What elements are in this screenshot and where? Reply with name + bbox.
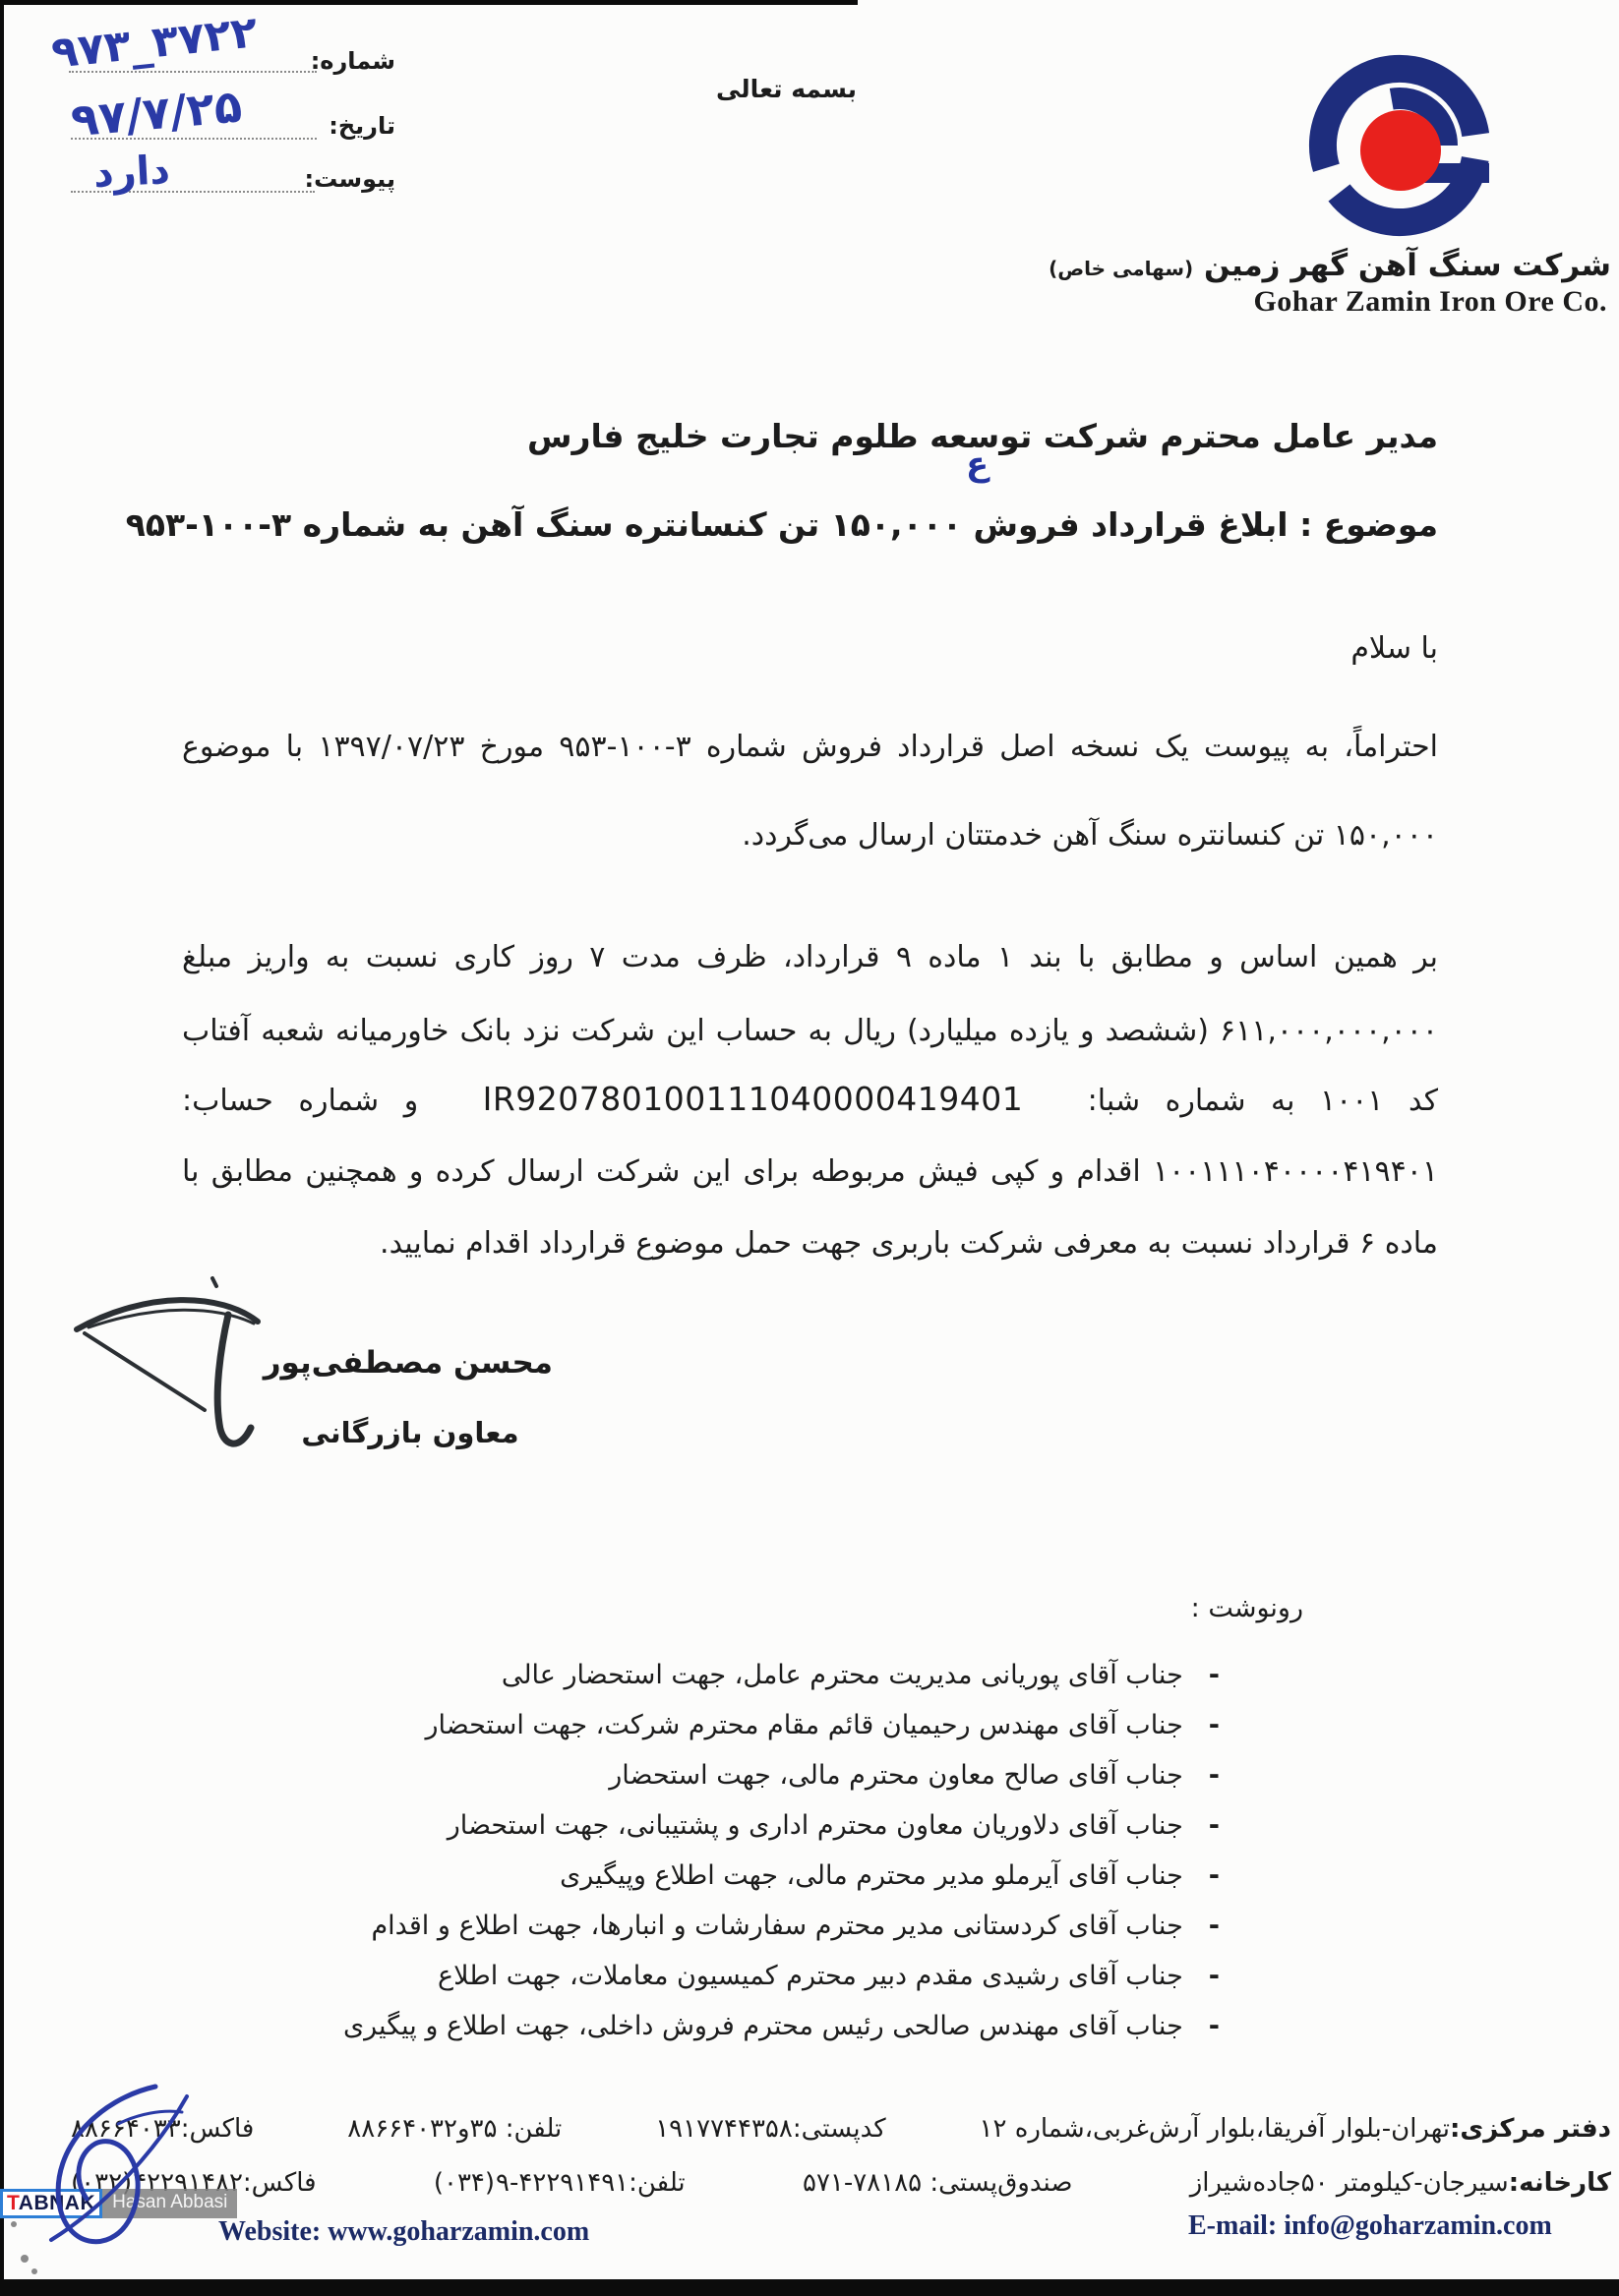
company-logo <box>1298 45 1505 254</box>
cc-item-text: جناب آقای صالح معاون محترم مالی، جهت است… <box>609 1760 1183 1791</box>
company-name-fa: شرکت سنگ آهن گهر زمین (سهامی خاص) <box>1049 248 1611 283</box>
hq-fax: فاکس:۸۸۶۶۴۰۳۳ <box>71 2114 254 2144</box>
besmele-text: بسمه تعالی <box>716 75 857 103</box>
cc-item-text: جناب آقای رشیدی مقدم دبیر محترم کمیسیون … <box>438 1961 1183 1991</box>
cc-item: -جناب آقای رشیدی مقدم دبیر محترم کمیسیون… <box>343 1961 1220 2011</box>
cc-item-text: جناب آقای مهندس صالحی رئیس محترم فروش دا… <box>343 2011 1183 2041</box>
sheba-intro-text: کد ۱۰۰۱ به شماره شبا: <box>1088 1084 1438 1118</box>
date-label: تاریخ: <box>329 112 395 140</box>
cc-item: -جناب آقای صالح معاون محترم مالی، جهت اس… <box>343 1760 1220 1810</box>
factory-phone-area: (۰۳۴) <box>434 2168 495 2198</box>
cc-item-text: جناب آقای مهندس رحیمیان قائم مقام محترم … <box>425 1710 1182 1740</box>
cc-dash: - <box>1209 1810 1220 1841</box>
hq-address: دفتر مرکزی:تهران-بلوار آفریقا،بلوار آرش‌… <box>980 2114 1611 2144</box>
scan-edge-bottom <box>0 2279 1619 2296</box>
salutation: با سلام <box>1350 627 1438 671</box>
factory-label: کارخانه: <box>1509 2168 1611 2198</box>
factory-phone: (۰۳۴)تلفن:۴۲۲۹۱۴۹۱-۹ <box>434 2168 686 2198</box>
number-handwritten-value: ۹۷۳_۳۷۲۲ <box>49 7 260 79</box>
cc-item: -جناب آقای دلاوریان معاون محترم اداری و … <box>343 1810 1220 1860</box>
paragraph1-line2: ۱۵۰,۰۰۰ تن کنسانتره سنگ آهن خدمتتان ارسا… <box>182 814 1438 857</box>
signer-name: محسن مصطفی‌پور <box>268 1345 553 1381</box>
cc-item: -جناب آقای کردستانی مدیر محترم سفارشات و… <box>343 1911 1220 1961</box>
watermark-credit: Hasan Abbasi <box>102 2189 237 2218</box>
paragraph2-line4: ۱۰۰۱۱۱۰۴۰۰۰۰۴۱۹۴۰۱ اقدام و کپی فیش مربوط… <box>182 1150 1438 1194</box>
tabnak-logo: TABNAK <box>0 2189 102 2218</box>
website-line: Website: www.goharzamin.com <box>218 2216 589 2248</box>
letter-sheet: شماره: ۹۷۳_۳۷۲۲ تاریخ: ۹۷/۷/۲۵ پیوست: دا… <box>0 0 1619 2296</box>
cc-item-text: جناب آقای دلاوریان معاون محترم اداری و پ… <box>448 1810 1183 1841</box>
factory-phone-number: تلفن:۴۲۲۹۱۴۹۱-۹ <box>496 2168 686 2198</box>
account-intro-text: و شماره حساب: <box>182 1084 418 1118</box>
signature-block: محسن مصطفی‌پور معاون بازرگانی <box>268 1345 553 1449</box>
tabnak-logo-t: T <box>7 2192 19 2214</box>
hq-phone: تلفن: ۳۵و۸۸۶۶۴۰۳۲ <box>347 2114 562 2144</box>
hq-address-text: تهران-بلوار آفریقا،بلوار آرش‌غربی،شماره … <box>980 2114 1450 2144</box>
factory-address: کارخانه:سیرجان-کیلومتر ۵۰جاده‌شیراز <box>1190 2168 1611 2198</box>
footer-line-hq: فاکس:۸۸۶۶۴۰۳۳ تلفن: ۳۵و۸۸۶۶۴۰۳۲ کدپستی:۱… <box>71 2114 1611 2144</box>
cc-dash: - <box>1209 1760 1220 1791</box>
paragraph2-line3: کد ۱۰۰۱ به شماره شبا: IR9207801001110400… <box>182 1080 1438 1118</box>
cc-item-text: جناب آقای آیرملو مدیر محترم مالی، جهت اط… <box>560 1860 1183 1891</box>
paragraph2-line2: ۶۱۱,۰۰۰,۰۰۰,۰۰۰ (ششصد و یازده میلیارد) ر… <box>182 1010 1438 1053</box>
paragraph1-line1: احتراماً، به پیوست یک نسخه اصل قرارداد ف… <box>182 726 1438 769</box>
cc-label: رونوشت : <box>1191 1593 1303 1623</box>
number-label: شماره: <box>311 47 395 75</box>
company-name-en: Gohar Zamin Iron Ore Co. <box>1253 285 1607 319</box>
cc-dash: - <box>1209 1911 1220 1941</box>
factory-address-text: سیرجان-کیلومتر ۵۰جاده‌شیراز <box>1190 2168 1509 2198</box>
cc-item: -جناب آقای پوریانی مدیریت محترم عامل، جه… <box>343 1660 1220 1710</box>
cc-dash: - <box>1209 1860 1220 1891</box>
tabnak-watermark: TABNAK Hasan Abbasi <box>0 2189 237 2218</box>
attachment-handwritten-value: دارد <box>92 147 171 197</box>
cc-dash: - <box>1209 2011 1220 2041</box>
paragraph2-line1: بر همین اساس و مطابق با بند ۱ ماده ۹ قرا… <box>182 936 1438 979</box>
cc-item: -جناب آقای آیرملو مدیر محترم مالی، جهت ا… <box>343 1860 1220 1911</box>
cc-dash: - <box>1209 1961 1220 1991</box>
sheba-number: IR920780100111040000419401 <box>483 1080 1024 1118</box>
company-type-fa: (سهامی خاص) <box>1049 257 1193 280</box>
bottom-left-scribble <box>51 2087 187 2242</box>
email-line: E-mail: info@goharzamin.com <box>1188 2210 1552 2242</box>
cc-item: -جناب آقای مهندس صالحی رئیس محترم فروش د… <box>343 2011 1220 2061</box>
hq-postal-code: کدپستی:۱۹۱۷۷۴۴۳۵۸ <box>655 2114 885 2144</box>
cc-dash: - <box>1209 1660 1220 1690</box>
cc-list: -جناب آقای پوریانی مدیریت محترم عامل، جه… <box>343 1660 1220 2061</box>
footer-line-factory: (۰۳۲)فاکس:۴۲۲۹۱۴۸۲ (۰۳۴)تلفن:۴۲۲۹۱۴۹۱-۹ … <box>71 2168 1611 2198</box>
scan-edge-left <box>0 0 4 2296</box>
tabnak-logo-rest: ABNAK <box>19 2192 95 2214</box>
signature-stroke <box>77 1278 258 1443</box>
cc-item-text: جناب آقای کردستانی مدیر محترم سفارشات و … <box>371 1911 1182 1941</box>
company-logo-graphic <box>1298 45 1505 254</box>
scan-edge-top <box>0 0 858 5</box>
cc-dash: - <box>1209 1710 1220 1740</box>
signer-title: معاون بازرگانی <box>268 1416 553 1449</box>
scan-specks <box>11 2221 37 2274</box>
hq-label: دفتر مرکزی: <box>1450 2114 1611 2144</box>
subject-line: موضوع : ابلاغ قرارداد فروش ۱۵۰,۰۰۰ تن کن… <box>126 505 1438 544</box>
paragraph2-line5: ماده ۶ قرارداد نسبت به معرفی شرکت باربری… <box>182 1222 1438 1266</box>
attachment-label: پیوست: <box>305 165 395 193</box>
cc-item: -جناب آقای مهندس رحیمیان قائم مقام محترم… <box>343 1710 1220 1760</box>
factory-pobox: صندوق‌پستی: ۷۸۱۸۵-۵۷۱ <box>803 2168 1072 2198</box>
addressee-correction-mark: ع <box>966 444 989 484</box>
cc-item-text: جناب آقای پوریانی مدیریت محترم عامل، جهت… <box>502 1660 1183 1690</box>
company-name-fa-text: شرکت سنگ آهن گهر زمین <box>1204 248 1611 283</box>
